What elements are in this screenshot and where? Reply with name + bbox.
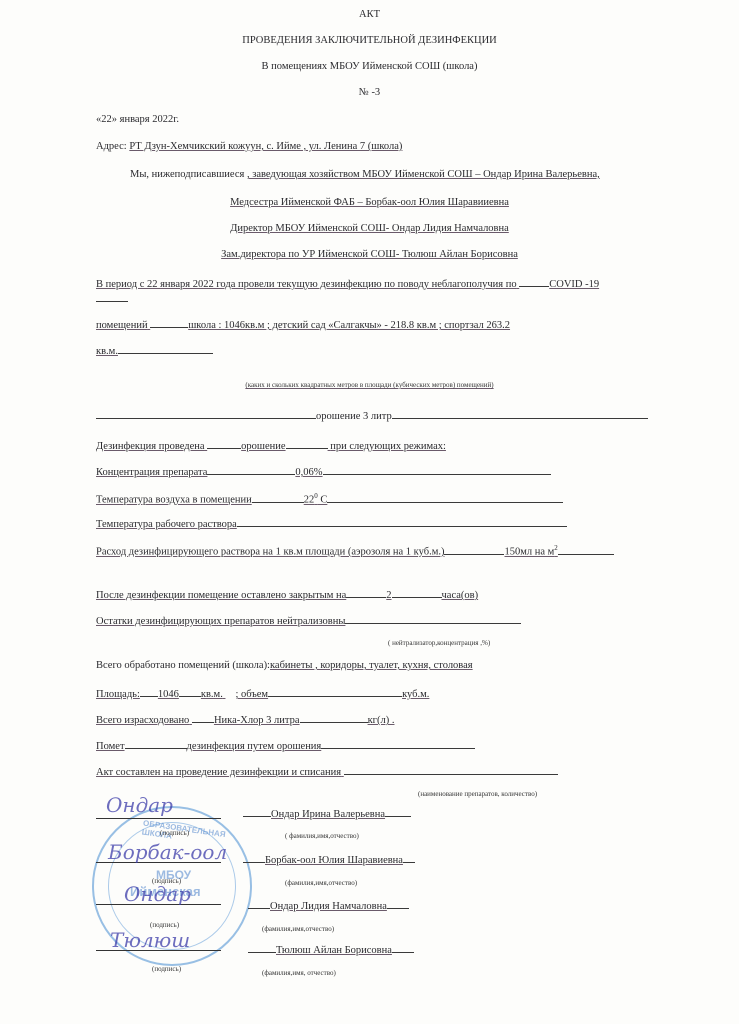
name-text: Ондар Ирина Валерьевна <box>271 809 385 820</box>
sign-hint-1: (подпись) <box>160 826 189 840</box>
rooms-value: кабинеты , коридоры, туалет, кухня, стол… <box>270 660 473 671</box>
air-temp-unit: С <box>318 495 328 506</box>
blank <box>392 941 414 953</box>
blank <box>300 711 368 723</box>
signatory-name-4: Тюлюш Айлан Борисовна <box>248 941 414 958</box>
blank <box>323 463 551 475</box>
solution-temp-label: Температура рабочего раствора <box>96 519 237 530</box>
method-blank-right <box>392 407 648 419</box>
doc-number: № -3 <box>0 86 739 100</box>
blank <box>248 897 270 909</box>
closed-row: После дезинфекции помещение оставлено за… <box>96 586 478 603</box>
air-temp-value: 22 <box>304 495 315 506</box>
residue-hint: ( нейтрализатор,концентрация ,%) <box>388 636 490 650</box>
concentration-label: Концентрация препарата <box>96 467 207 478</box>
period-blank <box>519 275 549 287</box>
premises-continuation-row: кв.м. <box>96 342 213 359</box>
concentration-row: Концентрация препарата0,06% <box>96 463 551 480</box>
pomet-row: Пометдезинфекция путем орошения <box>96 737 475 754</box>
signature-scrawl-2: Борбак-оол <box>108 840 227 864</box>
blank <box>243 851 265 863</box>
blank <box>346 586 386 598</box>
name-hint-3: (фамилия,имя,отчество) <box>262 922 334 936</box>
name-text: Ондар Лидия Намчаловна <box>270 901 387 912</box>
signature-line-1 <box>96 818 221 819</box>
address-value: РТ Дзун-Хемчикский кожуун, с. Ийме , ул.… <box>129 141 402 152</box>
name-text: Борбак-оол Юлия Шаравиевна <box>265 855 403 866</box>
blank <box>385 805 411 817</box>
act-label: Акт составлен на проведение дезинфекции … <box>96 767 341 778</box>
name-hint-1: ( фамилия,имя,отчество) <box>285 829 359 843</box>
consumed-value: Ника-Хлор 3 литра <box>214 715 300 726</box>
pomet-label: Помет <box>96 741 125 752</box>
name-hint-2: (фамилия,имя,отчество) <box>285 876 357 890</box>
period-tail-blank <box>96 290 128 302</box>
doc-title: АКТ <box>0 8 739 22</box>
blank <box>344 763 558 775</box>
solution-temp-row: Температура рабочего раствора <box>96 515 567 532</box>
signatory-1: , заведующая хозяйством МБОУ Ийменской С… <box>247 169 600 180</box>
blank <box>392 586 442 598</box>
consumption-value: 150мл на м <box>504 547 554 558</box>
signatory-3: Директор МБОУ Ийменской СОШ- Ондар Лидия… <box>0 222 739 236</box>
consumed-unit: кг(л) . <box>368 715 395 726</box>
consumed-label: Всего израсходовано <box>96 715 189 726</box>
method-value: орошение 3 литр <box>316 411 392 422</box>
signature-scrawl-4: Тюлюш <box>110 928 190 952</box>
closed-unit: часа(ов) <box>442 590 479 601</box>
disinfection-label: Дезинфекция проведена <box>96 441 205 452</box>
blank <box>327 491 563 503</box>
consumed-row: Всего израсходовано Ника-Хлор 3 литракг(… <box>96 711 394 728</box>
blank <box>207 437 241 449</box>
rooms-row: Всего обработано помещений (школа):кабин… <box>96 659 473 673</box>
blank <box>179 685 201 697</box>
signature-scrawl-3: Ондар <box>124 882 191 906</box>
area-label: Площадь: <box>96 689 140 700</box>
consumption-label: Расход дезинфицирующего раствора на 1 кв… <box>96 547 444 558</box>
address-row: Адрес: РТ Дзун-Хемчикский кожуун, с. Ийм… <box>96 140 402 154</box>
signatory-name-3: Ондар Лидия Намчаловна <box>248 897 409 914</box>
address-label: Адрес: <box>96 141 127 152</box>
blank <box>237 515 567 527</box>
blank <box>192 711 214 723</box>
blank <box>558 543 614 555</box>
rooms-label: Всего обработано помещений (школа): <box>96 660 270 671</box>
period-text: В период с 22 января 2022 года провели т… <box>96 279 517 290</box>
blank <box>243 805 271 817</box>
name-text: Тюлюш Айлан Борисовна <box>276 945 392 956</box>
blank <box>444 543 504 555</box>
premises-label: помещений <box>96 320 148 331</box>
blank <box>252 491 304 503</box>
residue-row: Остатки дезинфицирующих препаратов нейтр… <box>96 612 521 629</box>
area-row: Площадь:1046кв.м. ; объемкуб.м. <box>96 685 429 702</box>
blank <box>345 612 521 624</box>
concentration-value: 0,06% <box>295 467 322 478</box>
method-blank-left <box>96 407 316 419</box>
blank <box>321 737 475 749</box>
signatories-row-1: Мы, нижеподписавшиеся , заведующая хозяй… <box>130 168 600 182</box>
volume-unit: куб.м. <box>402 689 429 700</box>
pomet-value: дезинфекция путем орошения <box>187 741 322 752</box>
period-disease: COVID -19 <box>549 279 599 290</box>
premises-row: помещений школа : 1046кв.м ; детский сад… <box>96 316 510 333</box>
residue-label: Остатки дезинфицирующих препаратов нейтр… <box>96 616 345 627</box>
signatory-4: Зам.директора по УР Ийменской СОШ- Тюлюш… <box>0 248 739 262</box>
signatories-prefix: Мы, нижеподписавшиеся <box>130 169 247 180</box>
signatory-name-1: Ондар Ирина Валерьевна <box>243 805 411 822</box>
blank <box>387 897 409 909</box>
disinfection-suffix: при следующих режимах: <box>330 441 446 452</box>
signatory-2: Медсестра Ийменской ФАБ – Борбак-оол Юли… <box>0 196 739 210</box>
disinfection-row: Дезинфекция проведена орошение при следу… <box>96 437 446 454</box>
doc-location: В помещениях МБОУ Ийменской СОШ (школа) <box>0 60 739 74</box>
doc-date: «22» января 2022г. <box>96 113 179 127</box>
air-temp-row: Температура воздуха в помещении220 С <box>96 489 563 508</box>
blank <box>403 851 415 863</box>
blank <box>286 437 328 449</box>
signature-scrawl-1: Ондар <box>106 793 173 817</box>
blank <box>248 941 276 953</box>
closed-label: После дезинфекции помещение оставлено за… <box>96 590 346 601</box>
period-row: В период с 22 января 2022 года провели т… <box>96 275 599 292</box>
signatory-name-2: Борбак-оол Юлия Шаравиевна <box>243 851 415 868</box>
blank <box>207 463 295 475</box>
premises-value: школа : 1046кв.м ; детский сад «Салгакчы… <box>188 320 510 331</box>
method-row: орошение 3 литр <box>96 407 648 424</box>
premises-continuation: кв.м. <box>96 346 118 357</box>
consumption-row: Расход дезинфицирующего раствора на 1 кв… <box>96 541 614 560</box>
blank <box>140 685 158 697</box>
area-unit: кв.м. <box>201 689 223 700</box>
premises-hint: (каких и скольких квадратных метров в пл… <box>0 378 739 392</box>
premises-cont-blank <box>118 342 213 354</box>
disinfection-value: орошение <box>241 441 285 452</box>
act-row: Акт составлен на проведение дезинфекции … <box>96 763 558 780</box>
premises-blank <box>150 316 188 328</box>
name-hint-4: (фамилия,имя, отчество) <box>262 966 336 980</box>
volume-label: ; объем <box>235 689 268 700</box>
blank <box>268 685 402 697</box>
area-value: 1046 <box>158 689 179 700</box>
act-hint: (наименование препаратов, количество) <box>418 787 537 801</box>
doc-subtitle: ПРОВЕДЕНИЯ ЗАКЛЮЧИТЕЛЬНОЙ ДЕЗИНФЕКЦИИ <box>0 34 739 48</box>
blank <box>125 737 187 749</box>
air-temp-label: Температура воздуха в помещении <box>96 495 252 506</box>
sign-hint-4: (подпись) <box>152 962 181 976</box>
